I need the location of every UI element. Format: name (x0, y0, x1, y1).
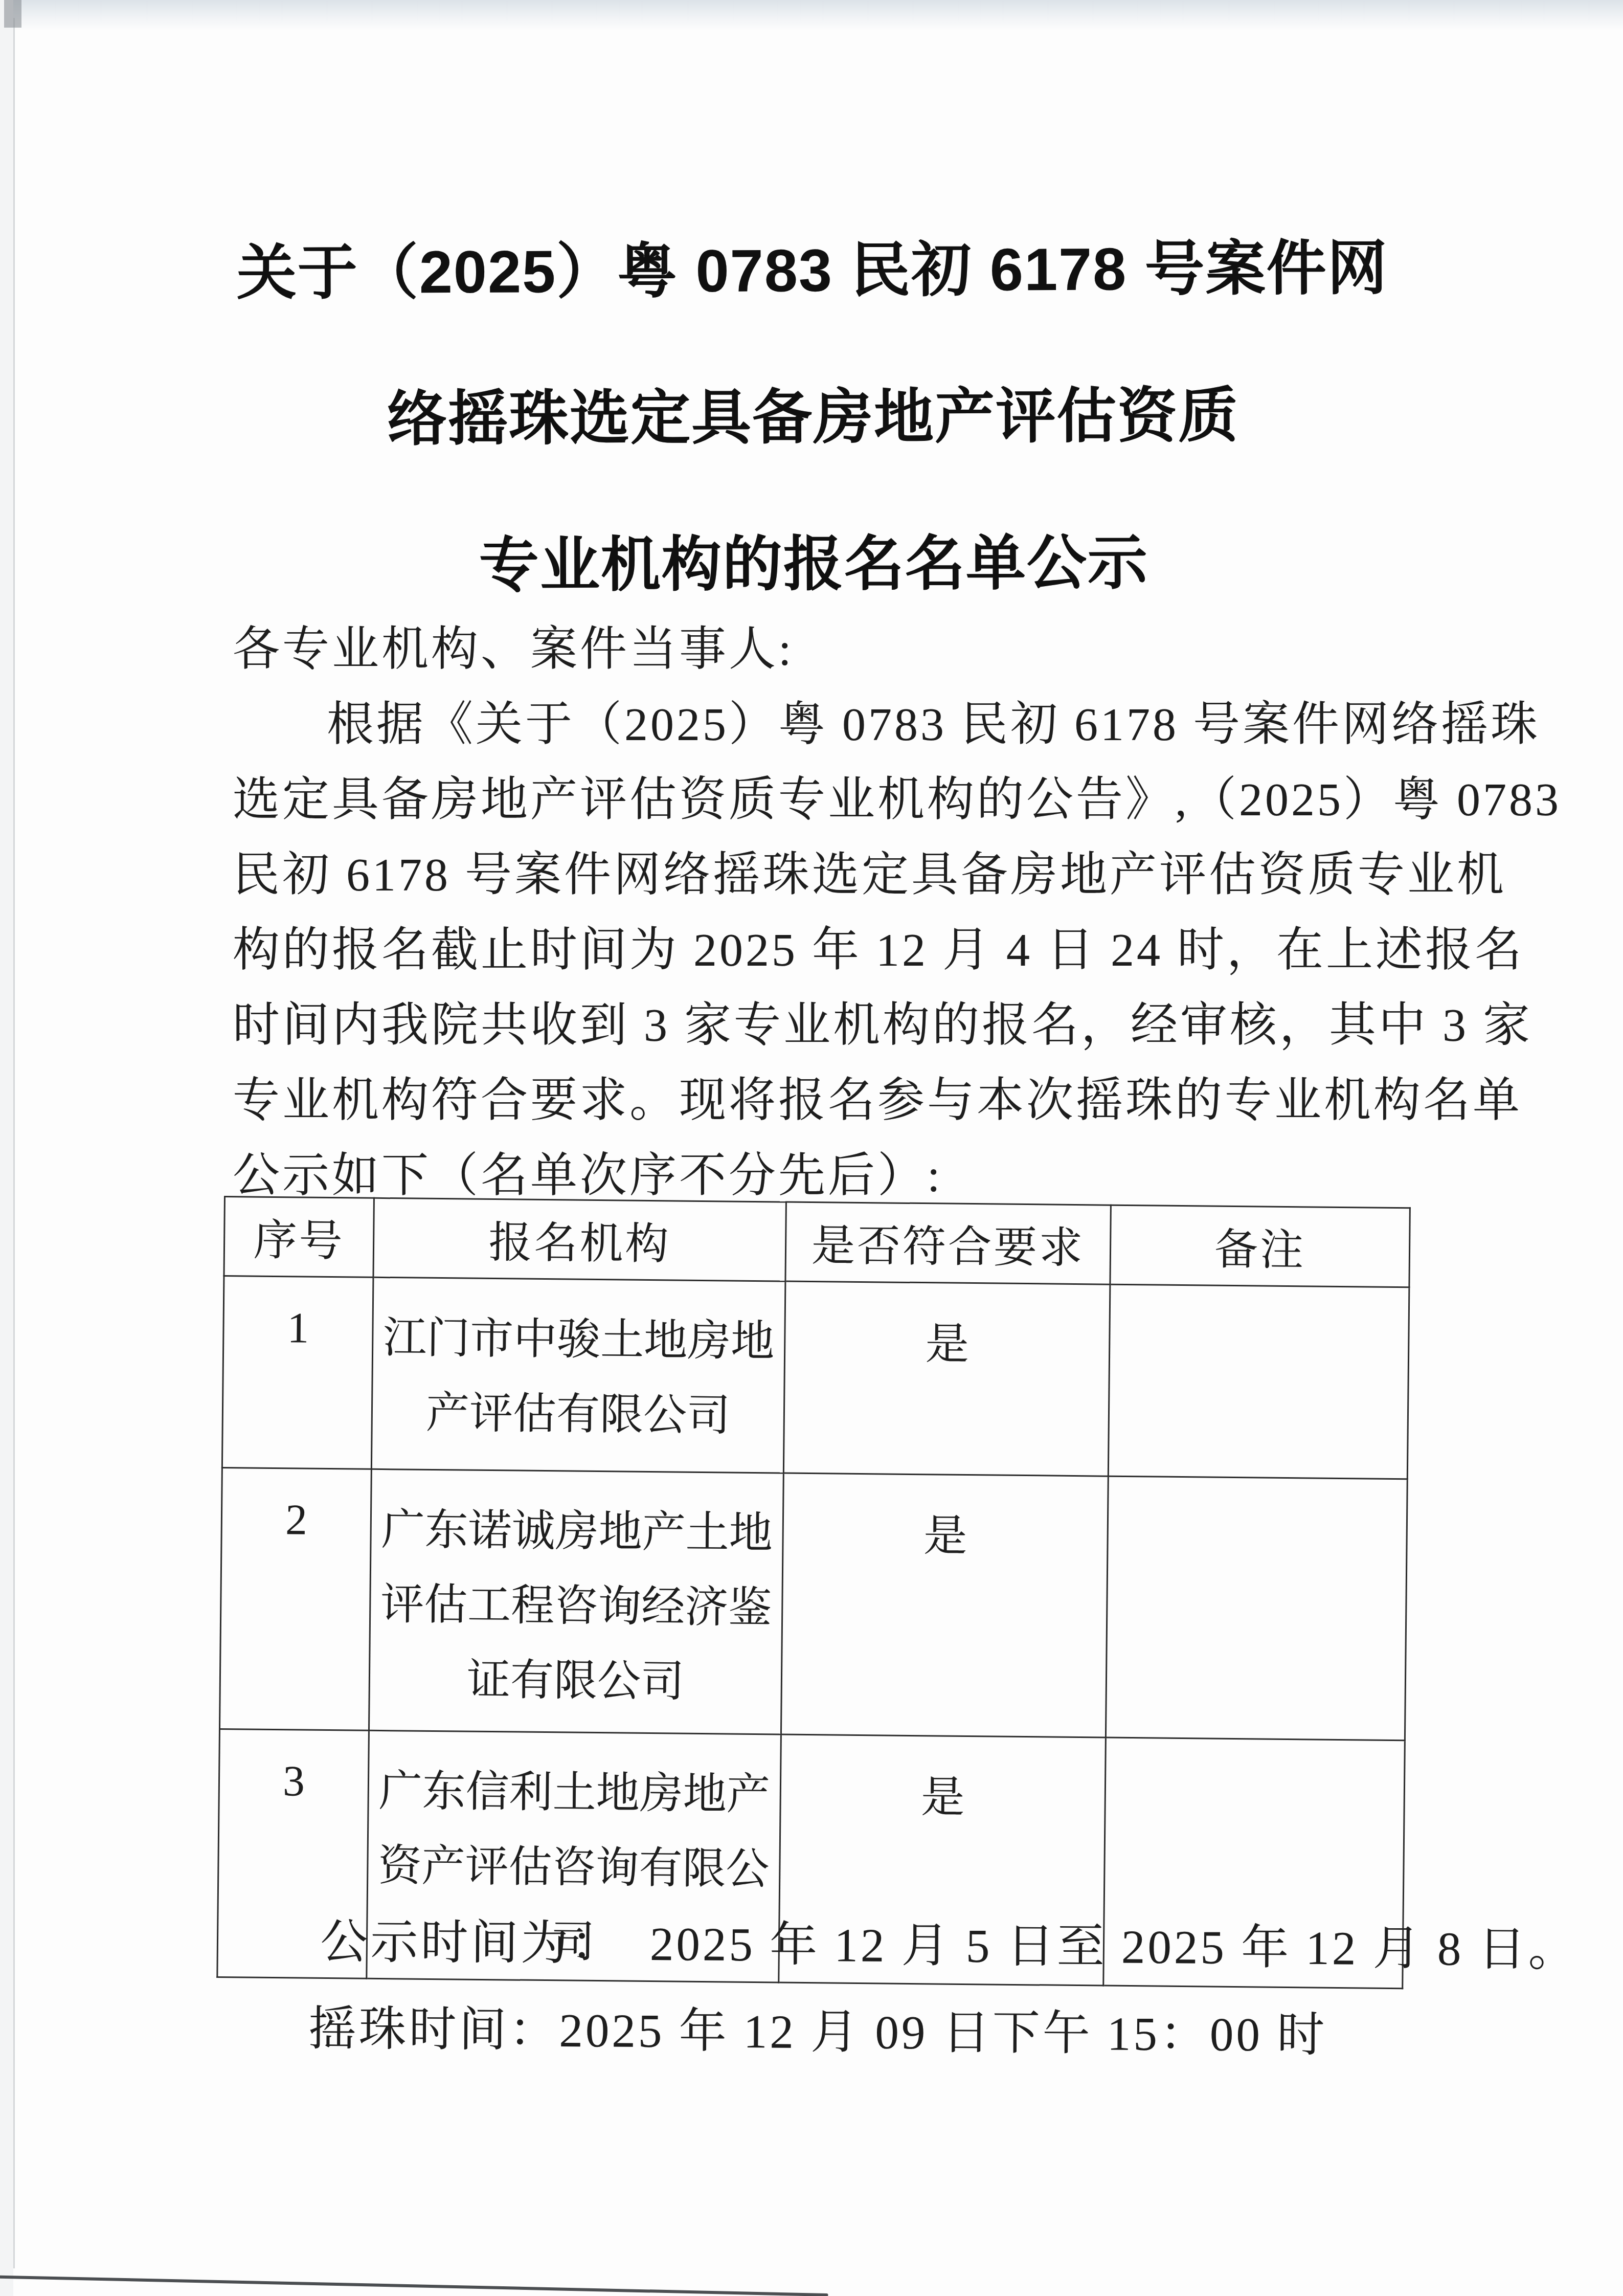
lottery-time-line: 摇珠时间：2025 年 12 月 09 日下午 15：00 时 (232, 1986, 1511, 2080)
scanned-notice-page: 关于（2025）粤 0783 民初 6178 号案件网 络摇珠选定具备房地产评估… (0, 0, 1623, 2296)
salutation: 各专业机构、案件当事人: (233, 612, 1414, 687)
remark-cell (1108, 1284, 1409, 1479)
column-header-organization: 报名机构 (373, 1198, 786, 1281)
table-row: 1 江门市中骏土地房地产评估有限公司 是 (222, 1276, 1409, 1479)
body-paragraph-line: 专业机构符合要求。现将报名参与本次摇珠的专业机构名单 (233, 1063, 1414, 1138)
scan-corner-mark (4, 0, 21, 28)
body-paragraph-line: 时间内我院共收到 3 家专业机构的报名，经审核，其中 3 家 (233, 988, 1414, 1063)
organization-cell: 广东诺诚房地产土地评估工程咨询经济鉴证有限公司 (369, 1469, 783, 1734)
notice-footer: 公示时间为： 2025 年 12 月 5 日至 2025 年 12 月 8 日。… (232, 1899, 1511, 2080)
scan-bottom-edge-line (0, 2275, 828, 2296)
body-paragraph-line: 民初 6178 号案件网络摇珠选定具备房地产评估资质专业机 (233, 837, 1414, 912)
qualified-cell: 是 (781, 1473, 1108, 1737)
body-paragraph-line: 选定具备房地产评估资质专业机构的公告》,（2025）粤 0783 (233, 762, 1414, 837)
table-header-row: 序号 报名机构 是否符合要求 备注 (224, 1197, 1410, 1287)
body-paragraph-line: 构的报名截止时间为 2025 年 12 月 4 日 24 时，在上述报名 (233, 912, 1414, 988)
organization-cell: 江门市中骏土地房地产评估有限公司 (371, 1277, 785, 1473)
scan-left-edge-strip (0, 0, 13, 2296)
remark-cell (1106, 1476, 1407, 1741)
table-row: 2 广东诺诚房地产土地评估工程咨询经济鉴证有限公司 是 (219, 1467, 1407, 1740)
scan-left-edge-line (13, 18, 15, 2268)
notice-body: 各专业机构、案件当事人: 根据《关于（2025）粤 0783 民初 6178 号… (233, 612, 1414, 1213)
column-header-qualified: 是否符合要求 (785, 1202, 1111, 1284)
qualified-cell: 是 (783, 1281, 1110, 1476)
notice-title-line-1: 关于（2025）粤 0783 民初 6178 号案件网 (45, 193, 1580, 347)
serial-number-cell: 1 (222, 1276, 373, 1469)
notice-title-line-2: 络摇珠选定具备房地产评估资质 (46, 340, 1580, 494)
scan-top-edge-artifact (0, 0, 1623, 31)
body-paragraph-line: 根据《关于（2025）粤 0783 民初 6178 号案件网络摇珠 (233, 687, 1414, 762)
applicant-roster-table: 序号 报名机构 是否符合要求 备注 1 江门市中骏土地房地产评估有限公司 是 2… (216, 1196, 1411, 1989)
column-header-serial-number: 序号 (224, 1197, 374, 1278)
serial-number-cell: 2 (219, 1467, 371, 1730)
publicity-period-line: 公示时间为： 2025 年 12 月 5 日至 2025 年 12 月 8 日。 (232, 1899, 1511, 1993)
notice-title: 关于（2025）粤 0783 民初 6178 号案件网 络摇珠选定具备房地产评估… (45, 193, 1581, 640)
column-header-remark: 备注 (1110, 1205, 1410, 1287)
